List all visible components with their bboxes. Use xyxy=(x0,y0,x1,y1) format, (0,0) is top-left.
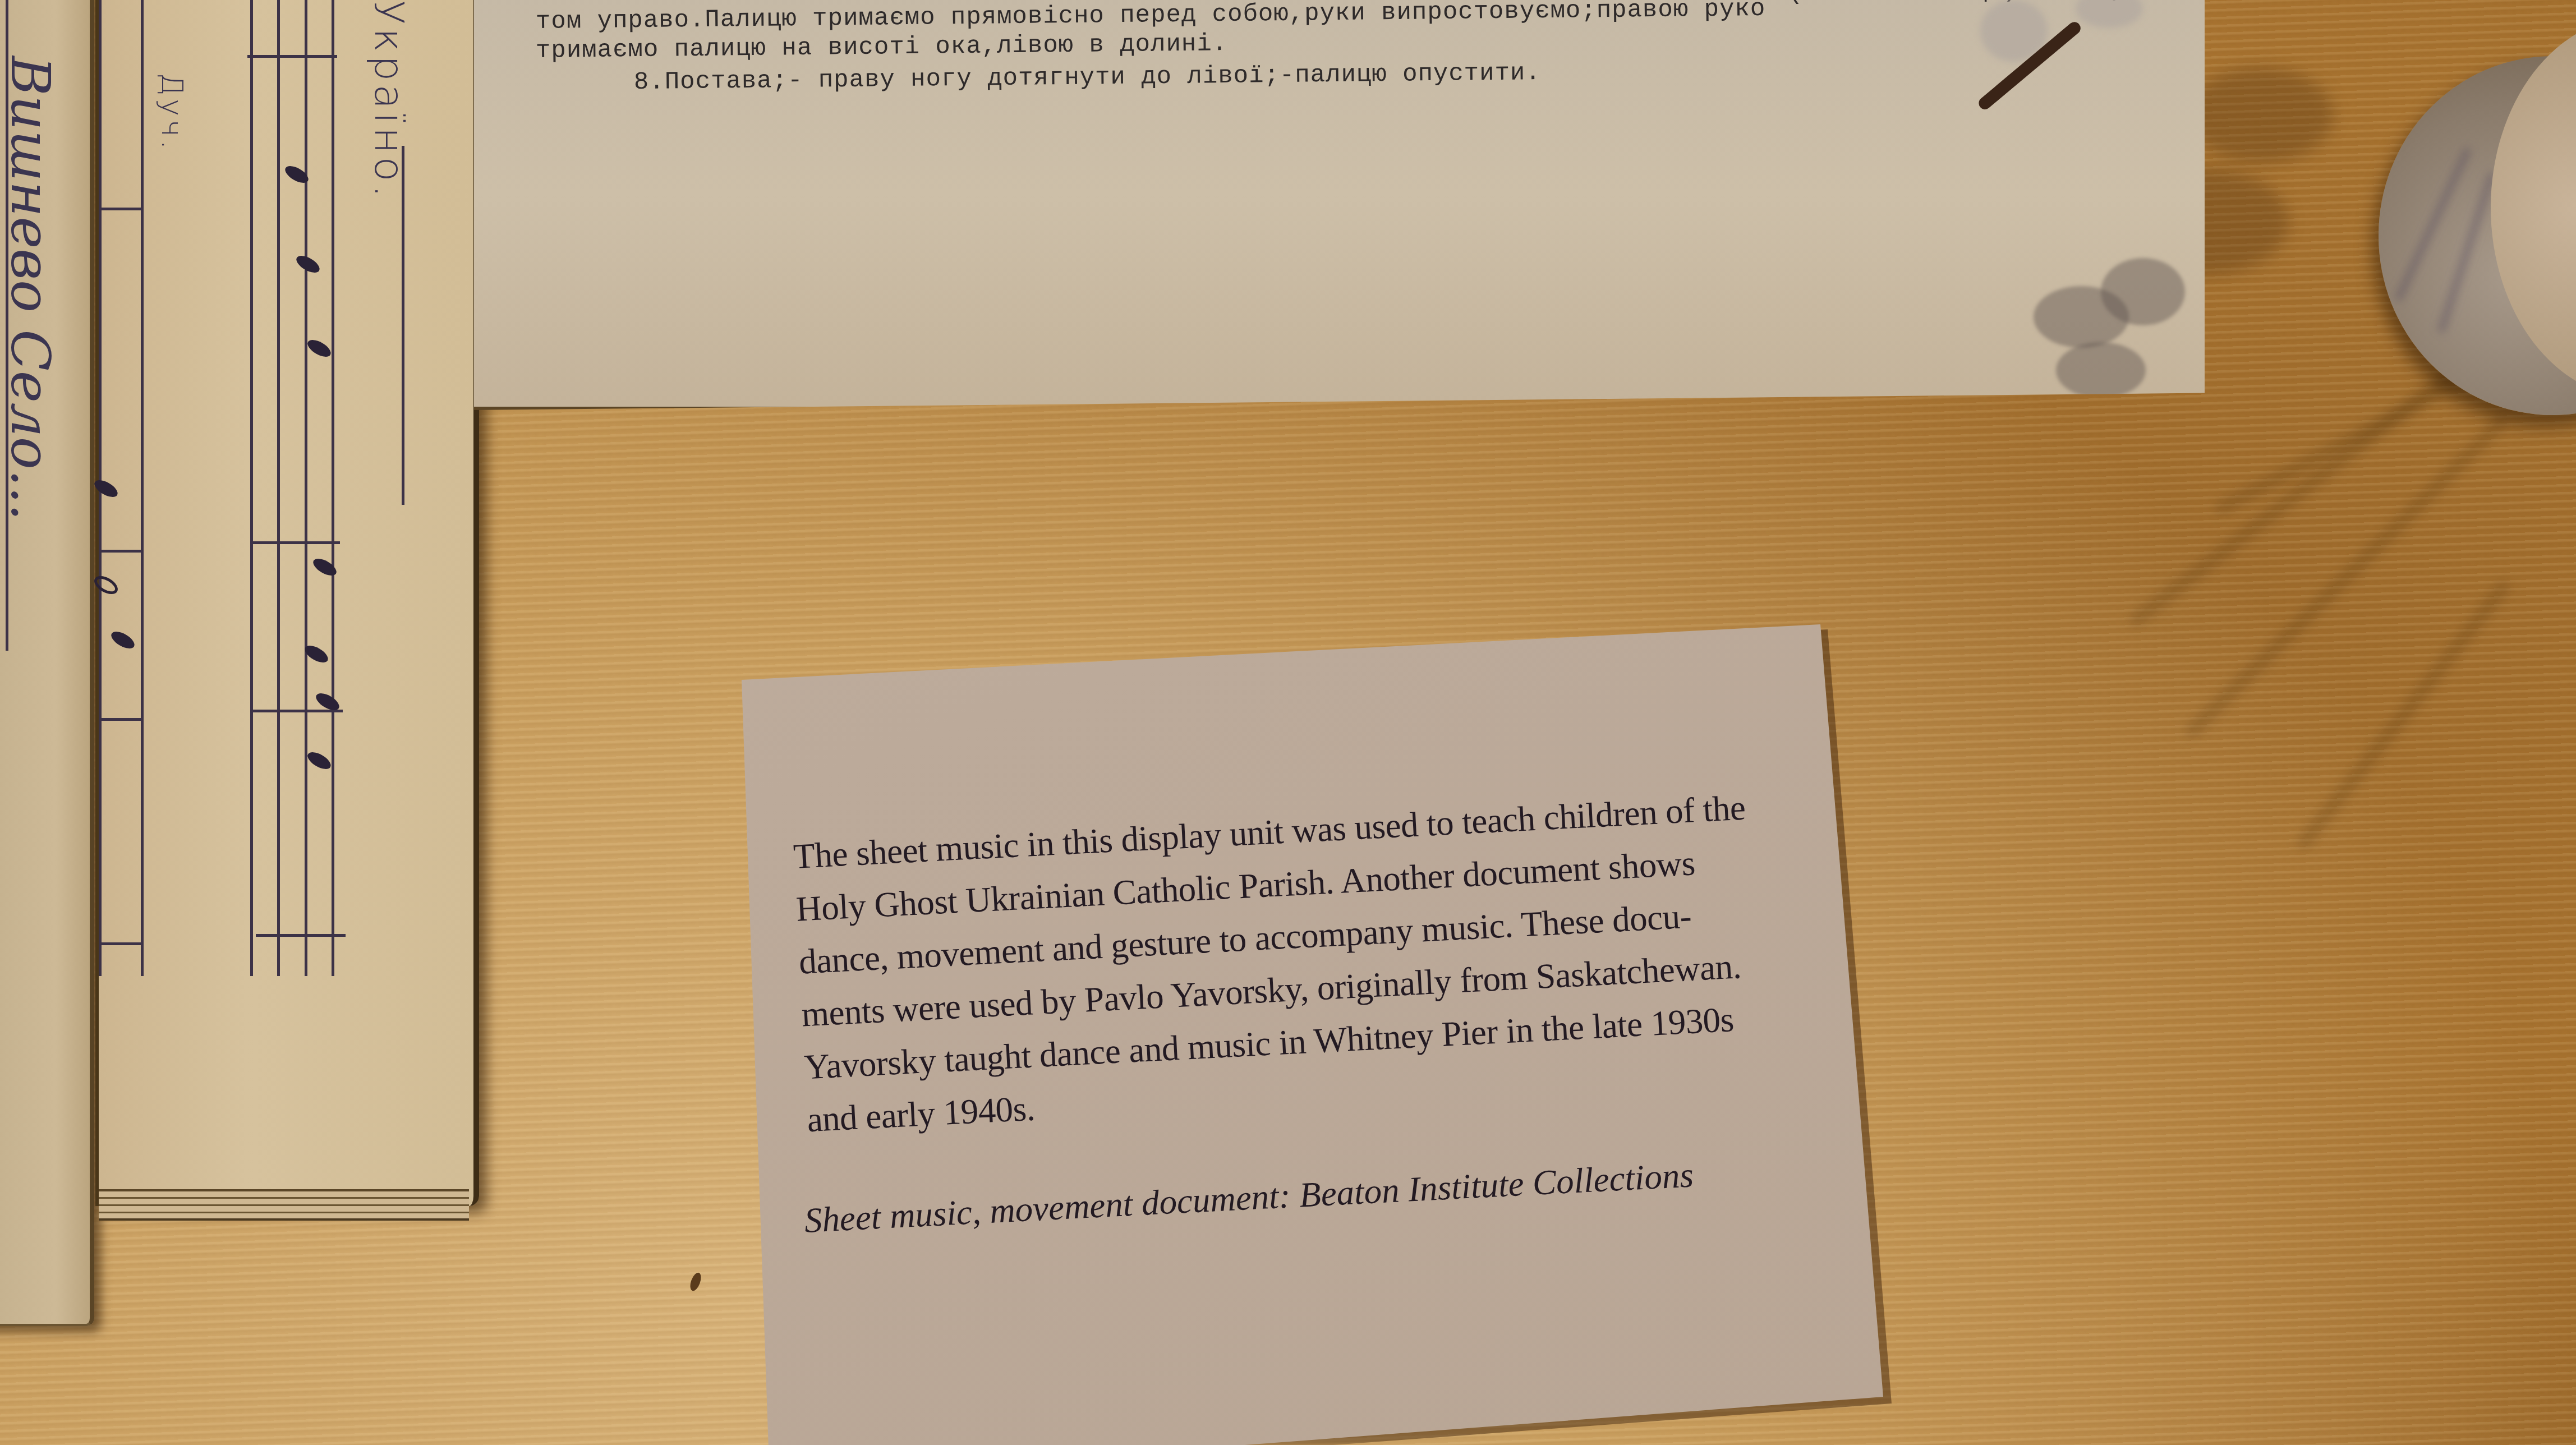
music-staff xyxy=(250,0,334,976)
handwritten-title-left: Вишнево Село... xyxy=(0,56,62,521)
bar-line xyxy=(256,934,346,937)
handwritten-annotation: Дуч. xyxy=(155,73,188,153)
bar-line xyxy=(99,718,144,721)
sheet-music-page-middle: Дуч. Україно. xyxy=(95,0,479,1206)
bar-line xyxy=(99,942,144,945)
sheet-music-page-edges xyxy=(99,1189,469,1221)
label-card-body: The sheet music in this display unit was… xyxy=(792,777,1834,1146)
leaf-shadow xyxy=(2101,258,2185,325)
sheet-music-page-left: Вишнево Село... xyxy=(0,0,94,1326)
bar-line xyxy=(247,55,337,58)
plant-shadow xyxy=(2188,67,2334,163)
stem-shadow xyxy=(2295,578,2512,851)
typed-line: тримаємо палицю на висоті ока,лівою в до… xyxy=(536,30,1228,65)
bar-line xyxy=(99,550,144,553)
display-surface: Вишнево Село... Дуч. Україно. xyxy=(0,0,2576,1445)
wood-speck xyxy=(688,1271,703,1292)
bar-line xyxy=(99,208,144,210)
leaf-shadow xyxy=(2056,342,2146,398)
typed-line: 8.Постава;- праву ногу дотягнути до ліво… xyxy=(634,59,1541,96)
bar-line xyxy=(250,541,340,544)
handwritten-title-middle: Україно. xyxy=(366,0,413,201)
typed-movement-document: .Болати(ноги на місці)5т обер том управо… xyxy=(474,0,2205,410)
title-rule xyxy=(402,146,404,505)
bar-line xyxy=(253,710,343,712)
